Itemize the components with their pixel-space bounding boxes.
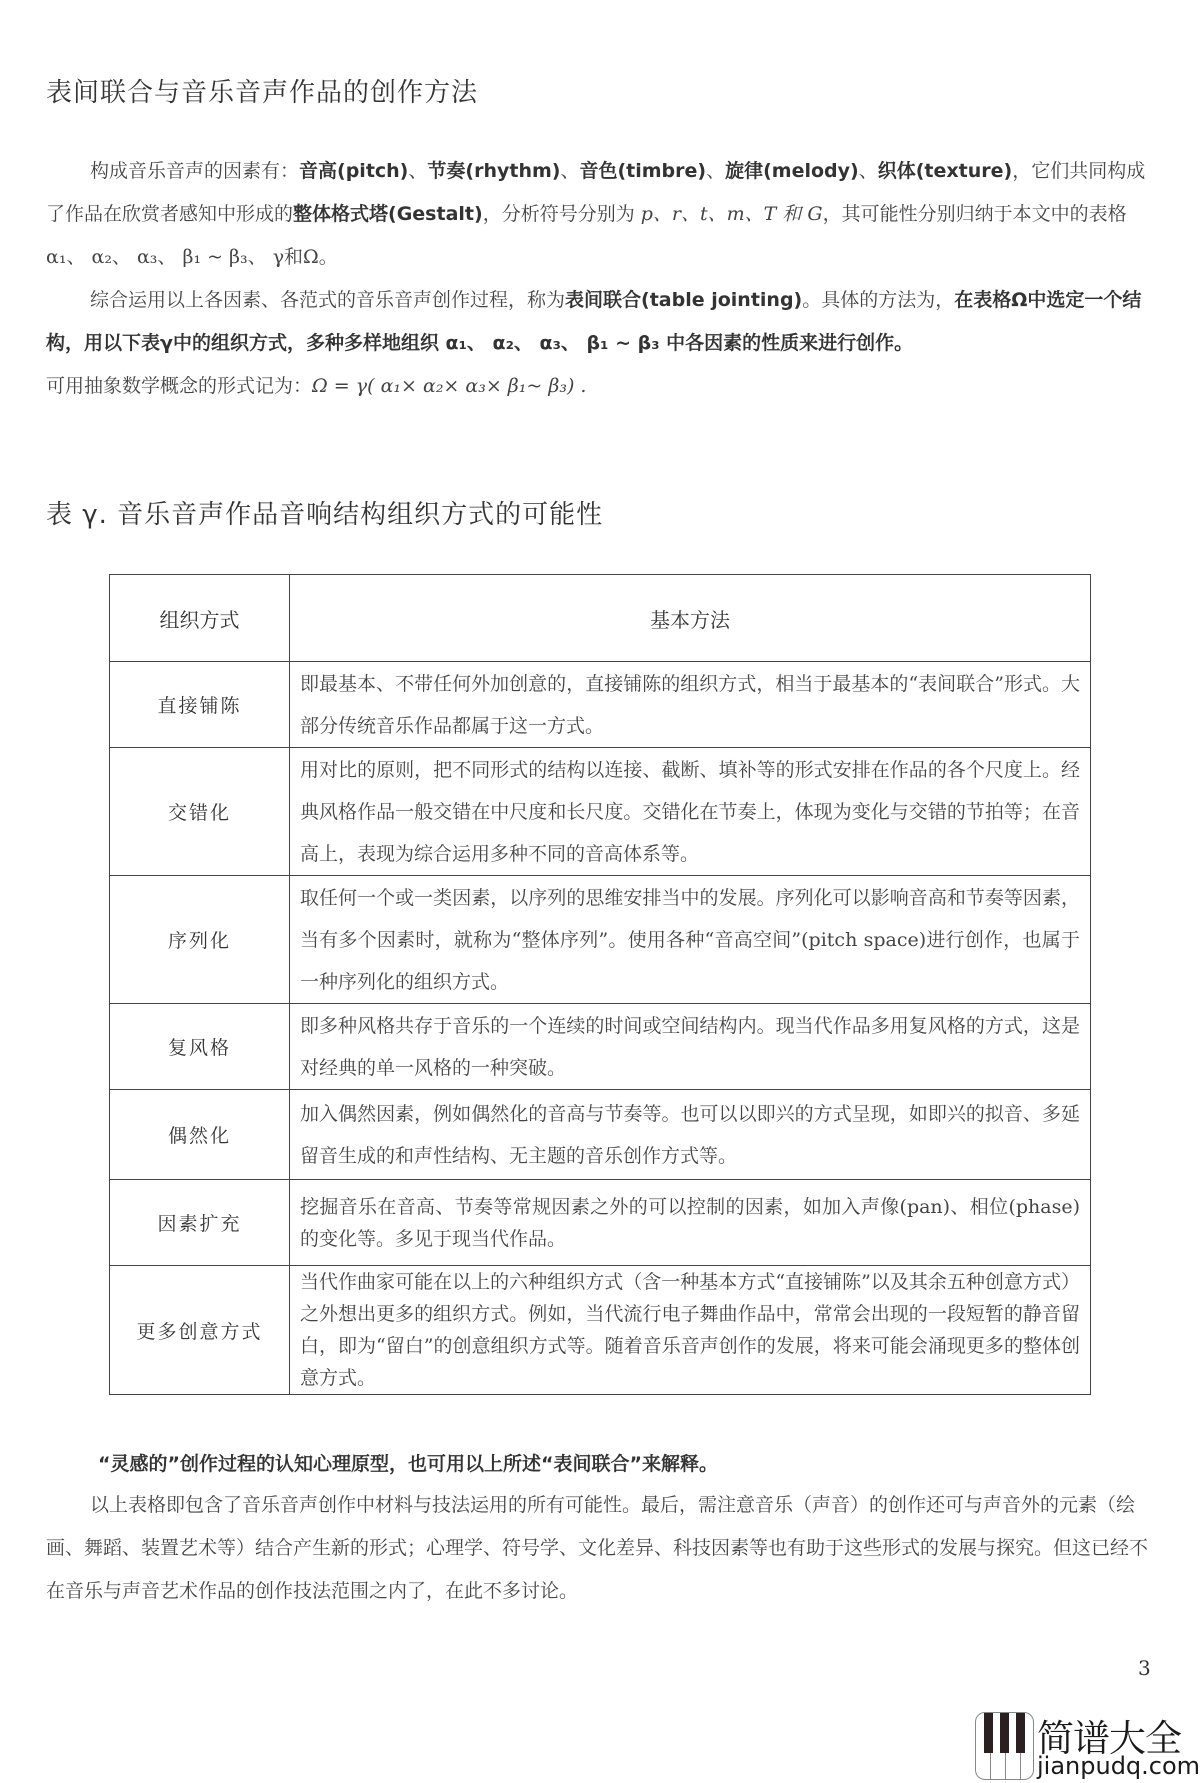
organization-methods-table: 组织方式 基本方法 直接铺陈 即最基本、不带任何外加创意的，直接铺陈的组织方式，… [109, 574, 1091, 1395]
separator: 、 [859, 160, 878, 182]
factor-melody: 旋律(melody) [725, 160, 859, 182]
row-desc: 即最基本、不带任何外加创意的，直接铺陈的组织方式，相当于最基本的“表间联合”形式… [290, 662, 1091, 748]
row-desc: 当代作曲家可能在以上的六种组织方式（含一种基本方式“直接铺陈”以及其余五种创意方… [290, 1266, 1091, 1395]
inspiration-statement: “灵感的”创作过程的认知心理原型，也可用以上所述“表间联合”来解释。 [98, 1453, 718, 1475]
table-row: 直接铺陈 即最基本、不带任何外加创意的，直接铺陈的组织方式，相当于最基本的“表间… [110, 662, 1091, 748]
closing-bold-line: “灵感的”创作过程的认知心理原型，也可用以上所述“表间联合”来解释。 [46, 1443, 1156, 1486]
table-jointing-term: 表间联合(table jointing) [565, 289, 802, 311]
row-name: 复风格 [110, 1004, 290, 1090]
factor-rhythm: 节奏(rhythm) [427, 160, 560, 182]
table-row: 序列化 取任何一个或一类因素，以序列的思维安排当中的发展。序列化可以影响音高和节… [110, 876, 1091, 1004]
separator: ， [1012, 160, 1031, 182]
row-name: 交错化 [110, 748, 290, 876]
row-name: 偶然化 [110, 1090, 290, 1180]
table-row: 复风格 即多种风格共存于音乐的一个连续的时间或空间结构内。现当代作品多用复风格的… [110, 1004, 1091, 1090]
row-name: 更多创意方式 [110, 1266, 290, 1395]
row-name: 直接铺陈 [110, 662, 290, 748]
symbols: p、r、t、m、T 和 G [641, 203, 823, 225]
row-desc: 加入偶然因素，例如偶然化的音高与节奏等。也可以以即兴的方式呈现，如即兴的拟音、多… [290, 1090, 1091, 1180]
table-title: 表 γ. 音乐音声作品音响结构组织方式的可能性 [46, 494, 603, 531]
p2-lead: 综合运用以上各因素、各范式的音乐音声创作过程，称为 [90, 289, 565, 311]
row-desc: 用对比的原则，把不同形式的结构以连接、截断、填补等的形式安排在作品的各个尺度上。… [290, 748, 1091, 876]
table-row: 偶然化 加入偶然因素，例如偶然化的音高与节奏等。也可以以即兴的方式呈现，如即兴的… [110, 1090, 1091, 1180]
factor-pitch: 音高(pitch) [299, 160, 408, 182]
symbols-lead: ，分析符号分别为 [483, 203, 641, 225]
p2-mid: 。具体的方法为， [802, 289, 954, 311]
section-title: 表间联合与音乐音声作品的创作方法 [46, 72, 478, 109]
separator: 、 [560, 160, 579, 182]
intro-lead: 构成音乐音声的因素有： [90, 160, 299, 182]
row-desc: 即多种风格共存于音乐的一个连续的时间或空间结构内。现当代作品多用复风格的方式，这… [290, 1004, 1091, 1090]
header-organization: 组织方式 [110, 575, 290, 662]
piano-keys-icon [975, 1712, 1034, 1780]
separator: 、 [408, 160, 427, 182]
row-desc: 取任何一个或一类因素，以序列的思维安排当中的发展。序列化可以影响音高和节奏等因素… [290, 876, 1091, 1004]
intro-paragraph-2: 综合运用以上各因素、各范式的音乐音声创作过程，称为表间联合(table join… [46, 279, 1156, 408]
row-name: 序列化 [110, 876, 290, 1004]
factor-texture: 织体(texture) [878, 160, 1012, 182]
formula-lead: 可用抽象数学概念的形式记为： [46, 375, 312, 397]
closing-paragraph: 以上表格即包含了音乐音声创作中材料与技法运用的所有可能性。最后，需注意音乐（声音… [46, 1484, 1156, 1613]
formula: Ω = γ( α₁× α₂× α₃× β₁~ β₃) . [312, 375, 586, 397]
table-row: 因素扩充 挖掘音乐在音高、节奏等常规因素之外的可以控制的因素，如加入声像(pan… [110, 1180, 1091, 1266]
gestalt-term: 整体格式塔(Gestalt) [293, 203, 483, 225]
factor-timbre: 音色(timbre) [579, 160, 706, 182]
separator: 、 [706, 160, 725, 182]
table-header-row: 组织方式 基本方法 [110, 575, 1091, 662]
closing-text: 以上表格即包含了音乐音声创作中材料与技法运用的所有可能性。最后，需注意音乐（声音… [46, 1494, 1148, 1602]
table-row: 更多创意方式 当代作曲家可能在以上的六种组织方式（含一种基本方式“直接铺陈”以及… [110, 1266, 1091, 1395]
header-basic-method: 基本方法 [290, 575, 1091, 662]
page-number: 3 [1138, 1656, 1151, 1680]
intro-paragraph-1: 构成音乐音声的因素有：音高(pitch)、节奏(rhythm)、音色(timbr… [46, 150, 1156, 279]
table-row: 交错化 用对比的原则，把不同形式的结构以连接、截断、填补等的形式安排在作品的各个… [110, 748, 1091, 876]
row-name: 因素扩充 [110, 1180, 290, 1266]
watermark-domain: jianpudq.com [1037, 1752, 1200, 1780]
row-desc: 挖掘音乐在音高、节奏等常规因素之外的可以控制的因素，如加入声像(pan)、相位(… [290, 1180, 1091, 1266]
watermark-logo: 简谱大全 jianpudq.com [975, 1712, 1200, 1783]
